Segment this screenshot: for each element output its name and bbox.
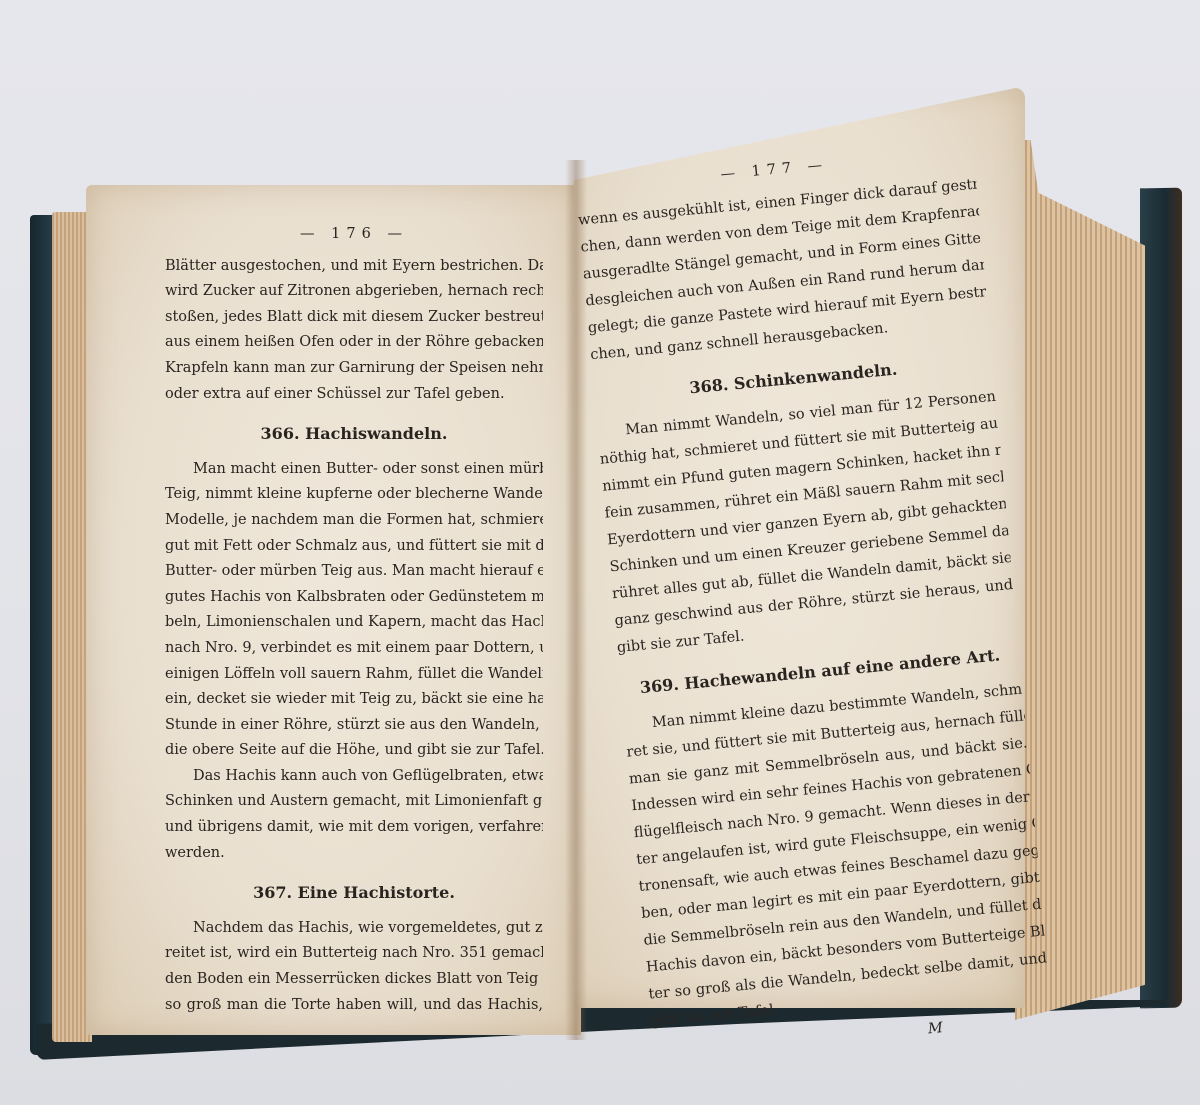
recipe-heading-367: 367. Eine Hachistorte. bbox=[165, 880, 543, 906]
text-line: Modelle, je nachdem man die Formen hat, … bbox=[165, 508, 543, 534]
left-page-text: — 176 — Blätter ausgestochen, und mit Ey… bbox=[165, 222, 543, 1018]
text-line: beln, Limonienschalen und Kapern, macht … bbox=[165, 610, 543, 636]
text-line: so groß man die Torte haben will, und da… bbox=[165, 993, 543, 1019]
text-line: stoßen, jedes Blatt dick mit diesem Zuck… bbox=[165, 305, 543, 331]
text-line: und übrigens damit, wie mit dem vorigen,… bbox=[165, 815, 543, 841]
text-line: reitet ist, wird ein Butterteig nach Nro… bbox=[165, 941, 543, 967]
text-line: einigen Löffeln voll sauern Rahm, füllet… bbox=[165, 662, 543, 688]
book-cover-right bbox=[1140, 188, 1182, 1009]
text-line: gut mit Fett oder Schmalz aus, und fütte… bbox=[165, 534, 543, 560]
text-line: ein, decket sie wieder mit Teig zu, bäck… bbox=[165, 687, 543, 713]
text-line: die obere Seite auf die Höhe, und gibt s… bbox=[165, 738, 543, 764]
text-line: Schinken und Austern gemacht, mit Limoni… bbox=[165, 789, 543, 815]
text-line: Butter- oder mürben Teig aus. Man macht … bbox=[165, 559, 543, 585]
text-line: wird Zucker auf Zitronen abgerieben, her… bbox=[165, 279, 543, 305]
text-line: aus einem heißen Ofen oder in der Röhre … bbox=[165, 330, 543, 356]
text-line: Nachdem das Hachis, wie vorgemeldetes, g… bbox=[165, 916, 543, 942]
recipe-heading-366: 366. Hachiswandeln. bbox=[165, 421, 543, 447]
text-line: Stunde in einer Röhre, stürzt sie aus de… bbox=[165, 713, 543, 739]
text-line: werden. bbox=[165, 841, 543, 867]
text-line: den Boden ein Messerrücken dickes Blatt … bbox=[165, 967, 543, 993]
text-line: Das Hachis kann auch von Geflügelbraten,… bbox=[165, 764, 543, 790]
page-number: — 176 — bbox=[165, 222, 543, 248]
text-line: gutes Hachis von Kalbsbraten oder Gedüns… bbox=[165, 585, 543, 611]
text-line: nach Nro. 9, verbindet es mit einem paar… bbox=[165, 636, 543, 662]
text-line: Blätter ausgestochen, und mit Eyern best… bbox=[165, 254, 543, 280]
right-page-text: — 177 — wenn es ausgekühlt ist, einen Fi… bbox=[574, 139, 1054, 1069]
book-photo: — 176 — Blätter ausgestochen, und mit Ey… bbox=[0, 0, 1200, 1105]
text-line: Krapfeln kann man zur Garnirung der Spei… bbox=[165, 356, 543, 382]
text-line: Teig, nimmt kleine kupferne oder blecher… bbox=[165, 482, 543, 508]
text-line: oder extra auf einer Schüssel zur Tafel … bbox=[165, 382, 543, 408]
text-line: Man macht einen Butter- oder sonst einen… bbox=[165, 457, 543, 483]
